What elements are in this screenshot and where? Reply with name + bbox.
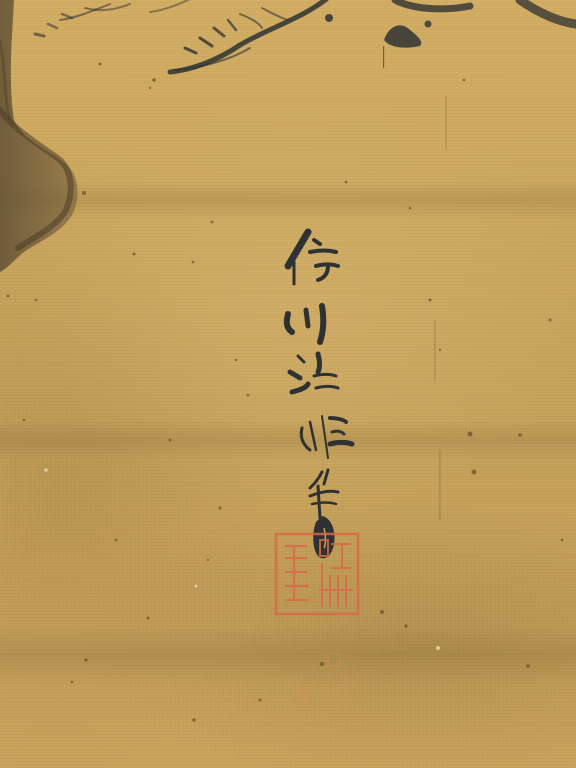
foxing-spots bbox=[0, 0, 576, 768]
silk-painting: 倚川法眼筆 bbox=[0, 0, 576, 768]
